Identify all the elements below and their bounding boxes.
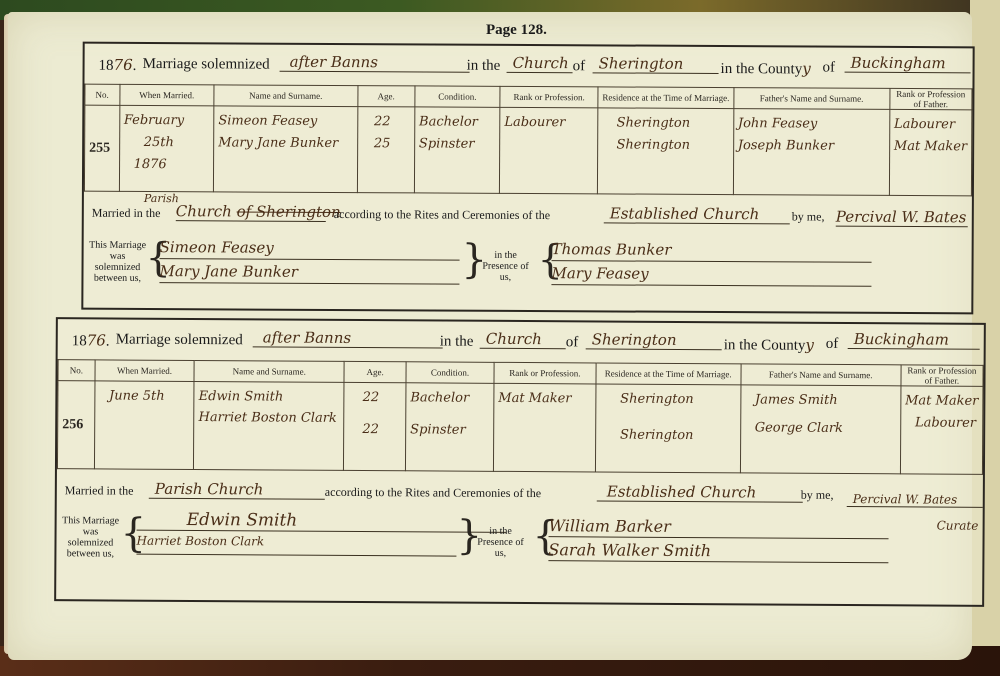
county-value: Buckingham [848, 330, 980, 350]
page-number: Page 128. [486, 22, 547, 39]
father-ranks: Mat Maker Labourer [900, 386, 983, 475]
groom-residence: Sherington [600, 388, 736, 411]
col-when-married: When Married. [95, 360, 195, 382]
solemnized-by-value: after Banns [253, 328, 443, 348]
col-rank: Rank or Profession. [494, 362, 596, 384]
county-value: Buckingham [845, 54, 971, 74]
bride-age: 25 [362, 133, 410, 155]
solemnized-label: Marriage solemnized [143, 56, 270, 74]
in-the-label: in the [440, 334, 474, 351]
col-condition: Condition. [406, 362, 494, 384]
groom-residence: Sherington [603, 112, 729, 135]
rites-value: Established Church [597, 482, 803, 502]
groom-condition: Bachelor [410, 387, 489, 409]
year-label: 1876. [72, 331, 110, 350]
col-father-name: Father's Name and Surname. [733, 88, 889, 110]
residences: Sherington Sherington [595, 384, 740, 473]
col-no: No. [85, 84, 120, 105]
col-no: No. [58, 360, 95, 381]
married-in-label: Married in the [92, 206, 161, 221]
of-label: of [573, 58, 586, 75]
bride-name: Mary Jane Bunker [218, 132, 353, 155]
groom-age: 22 [349, 387, 402, 409]
place-type-value: Church [507, 54, 573, 73]
entry-number: 256 [57, 381, 94, 469]
date-month: February [124, 110, 210, 132]
bride-rank [504, 134, 593, 156]
entry-footer: Married in the Parish Church according t… [57, 479, 983, 485]
bride-father-name: Joseph Bunker [738, 135, 885, 158]
rites-label: according to the Rites and Ceremonies of… [334, 207, 550, 223]
married-in-insert: Parish [144, 192, 179, 205]
conditions: Bachelor Spinster [414, 107, 500, 193]
when-married: February 25th 1876 [119, 105, 214, 191]
bride-father-name: George Clark [745, 417, 896, 440]
groom-condition: Bachelor [419, 111, 495, 133]
place-type-value: Church [480, 330, 566, 350]
entry-footer: Parish Married in the Church of Sheringt… [84, 202, 972, 207]
bride-condition: Spinster [419, 133, 495, 155]
ages: 22 25 [357, 107, 415, 193]
names: Edwin Smith Harriet Boston Clark [194, 382, 344, 471]
groom-father-rank: Labourer [894, 114, 967, 136]
col-age: Age. [344, 361, 406, 382]
groom-father-name: John Feasey [738, 113, 885, 136]
groom-name: Edwin Smith [199, 386, 340, 409]
presence-label: in the Presence of us, [470, 526, 530, 559]
witness-2-signature: Mary Feasey [551, 264, 871, 287]
ages: 22 22 [344, 382, 406, 470]
date: June 5th [99, 385, 190, 408]
year-label: 1876. [99, 56, 137, 75]
col-father-rank: Rank or Profession of Father. [901, 365, 983, 387]
between-us-label: This Marriage was solemnized between us, [87, 240, 147, 284]
entry-header: 1876. Marriage solemnized after Banns in… [84, 44, 972, 89]
of-label: of [566, 334, 579, 351]
marriage-entry-256: 1876. Marriage solemnized after Banns in… [54, 317, 986, 607]
names: Simeon Feasey Mary Jane Bunker [214, 106, 358, 193]
conditions: Bachelor Spinster [405, 383, 493, 472]
register-table: No. When Married. Name and Surname. Age.… [84, 84, 973, 197]
fathers: John Feasey Joseph Bunker [733, 109, 890, 196]
married-in-value: Parish Church [149, 480, 325, 500]
groom-signature: Edwin Smith [137, 510, 507, 533]
col-residence: Residence at the Time of Marriage. [598, 87, 733, 109]
solemnized-label: Marriage solemnized [116, 332, 243, 350]
bride-father-rank: Labourer [905, 412, 978, 434]
col-father-name: Father's Name and Surname. [740, 364, 900, 386]
fathers: James Smith George Clark [740, 385, 901, 474]
table-row: 256 June 5th Edwin Smith Harriet Boston … [57, 381, 983, 475]
entry-number: 255 [84, 105, 119, 191]
father-ranks: Labourer Mat Maker [889, 109, 972, 195]
bride-signature: Mary Jane Bunker [159, 262, 459, 285]
witness-2-signature: Sarah Walker Smith [548, 540, 888, 563]
entry-header: 1876. Marriage solemnized after Banns in… [58, 319, 984, 365]
groom-father-name: James Smith [745, 389, 896, 412]
rites-label: according to the Rites and Ceremonies of… [325, 485, 541, 501]
married-in-label: Married in the [65, 483, 134, 498]
col-name: Name and Surname. [194, 361, 344, 383]
table-row: 255 February 25th 1876 Simeon Feasey Mar… [84, 105, 971, 196]
officiant-title: Curate [937, 519, 979, 533]
married-in-value: Church of Sherington [176, 202, 326, 222]
bride-father-rank: Mat Maker [894, 136, 967, 158]
by-me-label: by me, [801, 488, 834, 503]
bride-signature: Harriet Boston Clark [136, 534, 456, 557]
col-when-married: When Married. [119, 84, 214, 105]
bride-condition: Spinster [410, 419, 489, 441]
groom-father-rank: Mat Maker [905, 390, 978, 412]
rites-value: Established Church [604, 204, 790, 224]
groom-age: 22 [362, 111, 410, 133]
presence-label: in the Presence of us, [475, 250, 535, 283]
county-of-label: of [826, 336, 839, 353]
in-the-label: in the [467, 58, 501, 75]
ranks: Labourer [499, 107, 598, 194]
by-me-label: by me, [792, 209, 825, 224]
col-name: Name and Surname. [214, 85, 358, 107]
solemnized-by-value: after Banns [280, 53, 470, 73]
between-us-label: This Marriage was solemnized between us, [60, 515, 120, 559]
residences: Sherington Sherington [598, 108, 734, 195]
when-married: June 5th [94, 381, 194, 470]
register-table: No. When Married. Name and Surname. Age.… [57, 359, 984, 475]
county-label: in the Countyy [724, 335, 814, 355]
officiant-signature: Percival W. Bates [847, 492, 983, 508]
bride-name: Harriet Boston Clark [198, 408, 339, 429]
bride-residence: Sherington [600, 424, 736, 447]
groom-rank: Labourer [504, 112, 593, 134]
col-residence: Residence at the Time of Marriage. [596, 363, 741, 385]
groom-name: Simeon Feasey [218, 110, 353, 133]
witness-1-signature: Thomas Bunker [552, 240, 872, 263]
officiant-signature: Percival W. Bates [836, 208, 968, 228]
marriage-entry-255: 1876. Marriage solemnized after Banns in… [81, 42, 974, 315]
bride-rank [498, 410, 591, 433]
groom-rank: Mat Maker [498, 388, 591, 411]
col-condition: Condition. [415, 86, 500, 107]
groom-signature: Simeon Feasey [160, 238, 460, 261]
witness-1-signature: William Barker [549, 516, 889, 539]
date-day: 25th [124, 132, 210, 154]
ranks: Mat Maker [493, 383, 595, 472]
parish-value: Sherington [593, 54, 719, 74]
col-rank: Rank or Profession. [500, 86, 598, 108]
bride-residence: Sherington [602, 134, 728, 157]
bride-age: 22 [348, 419, 401, 441]
county-of-label: of [823, 60, 836, 77]
col-age: Age. [358, 86, 415, 107]
col-father-rank: Rank or Profession of Father. [890, 88, 972, 109]
date-year: 1876 [124, 154, 210, 176]
county-label: in the Countyy [721, 59, 811, 78]
parish-value: Sherington [586, 330, 722, 350]
